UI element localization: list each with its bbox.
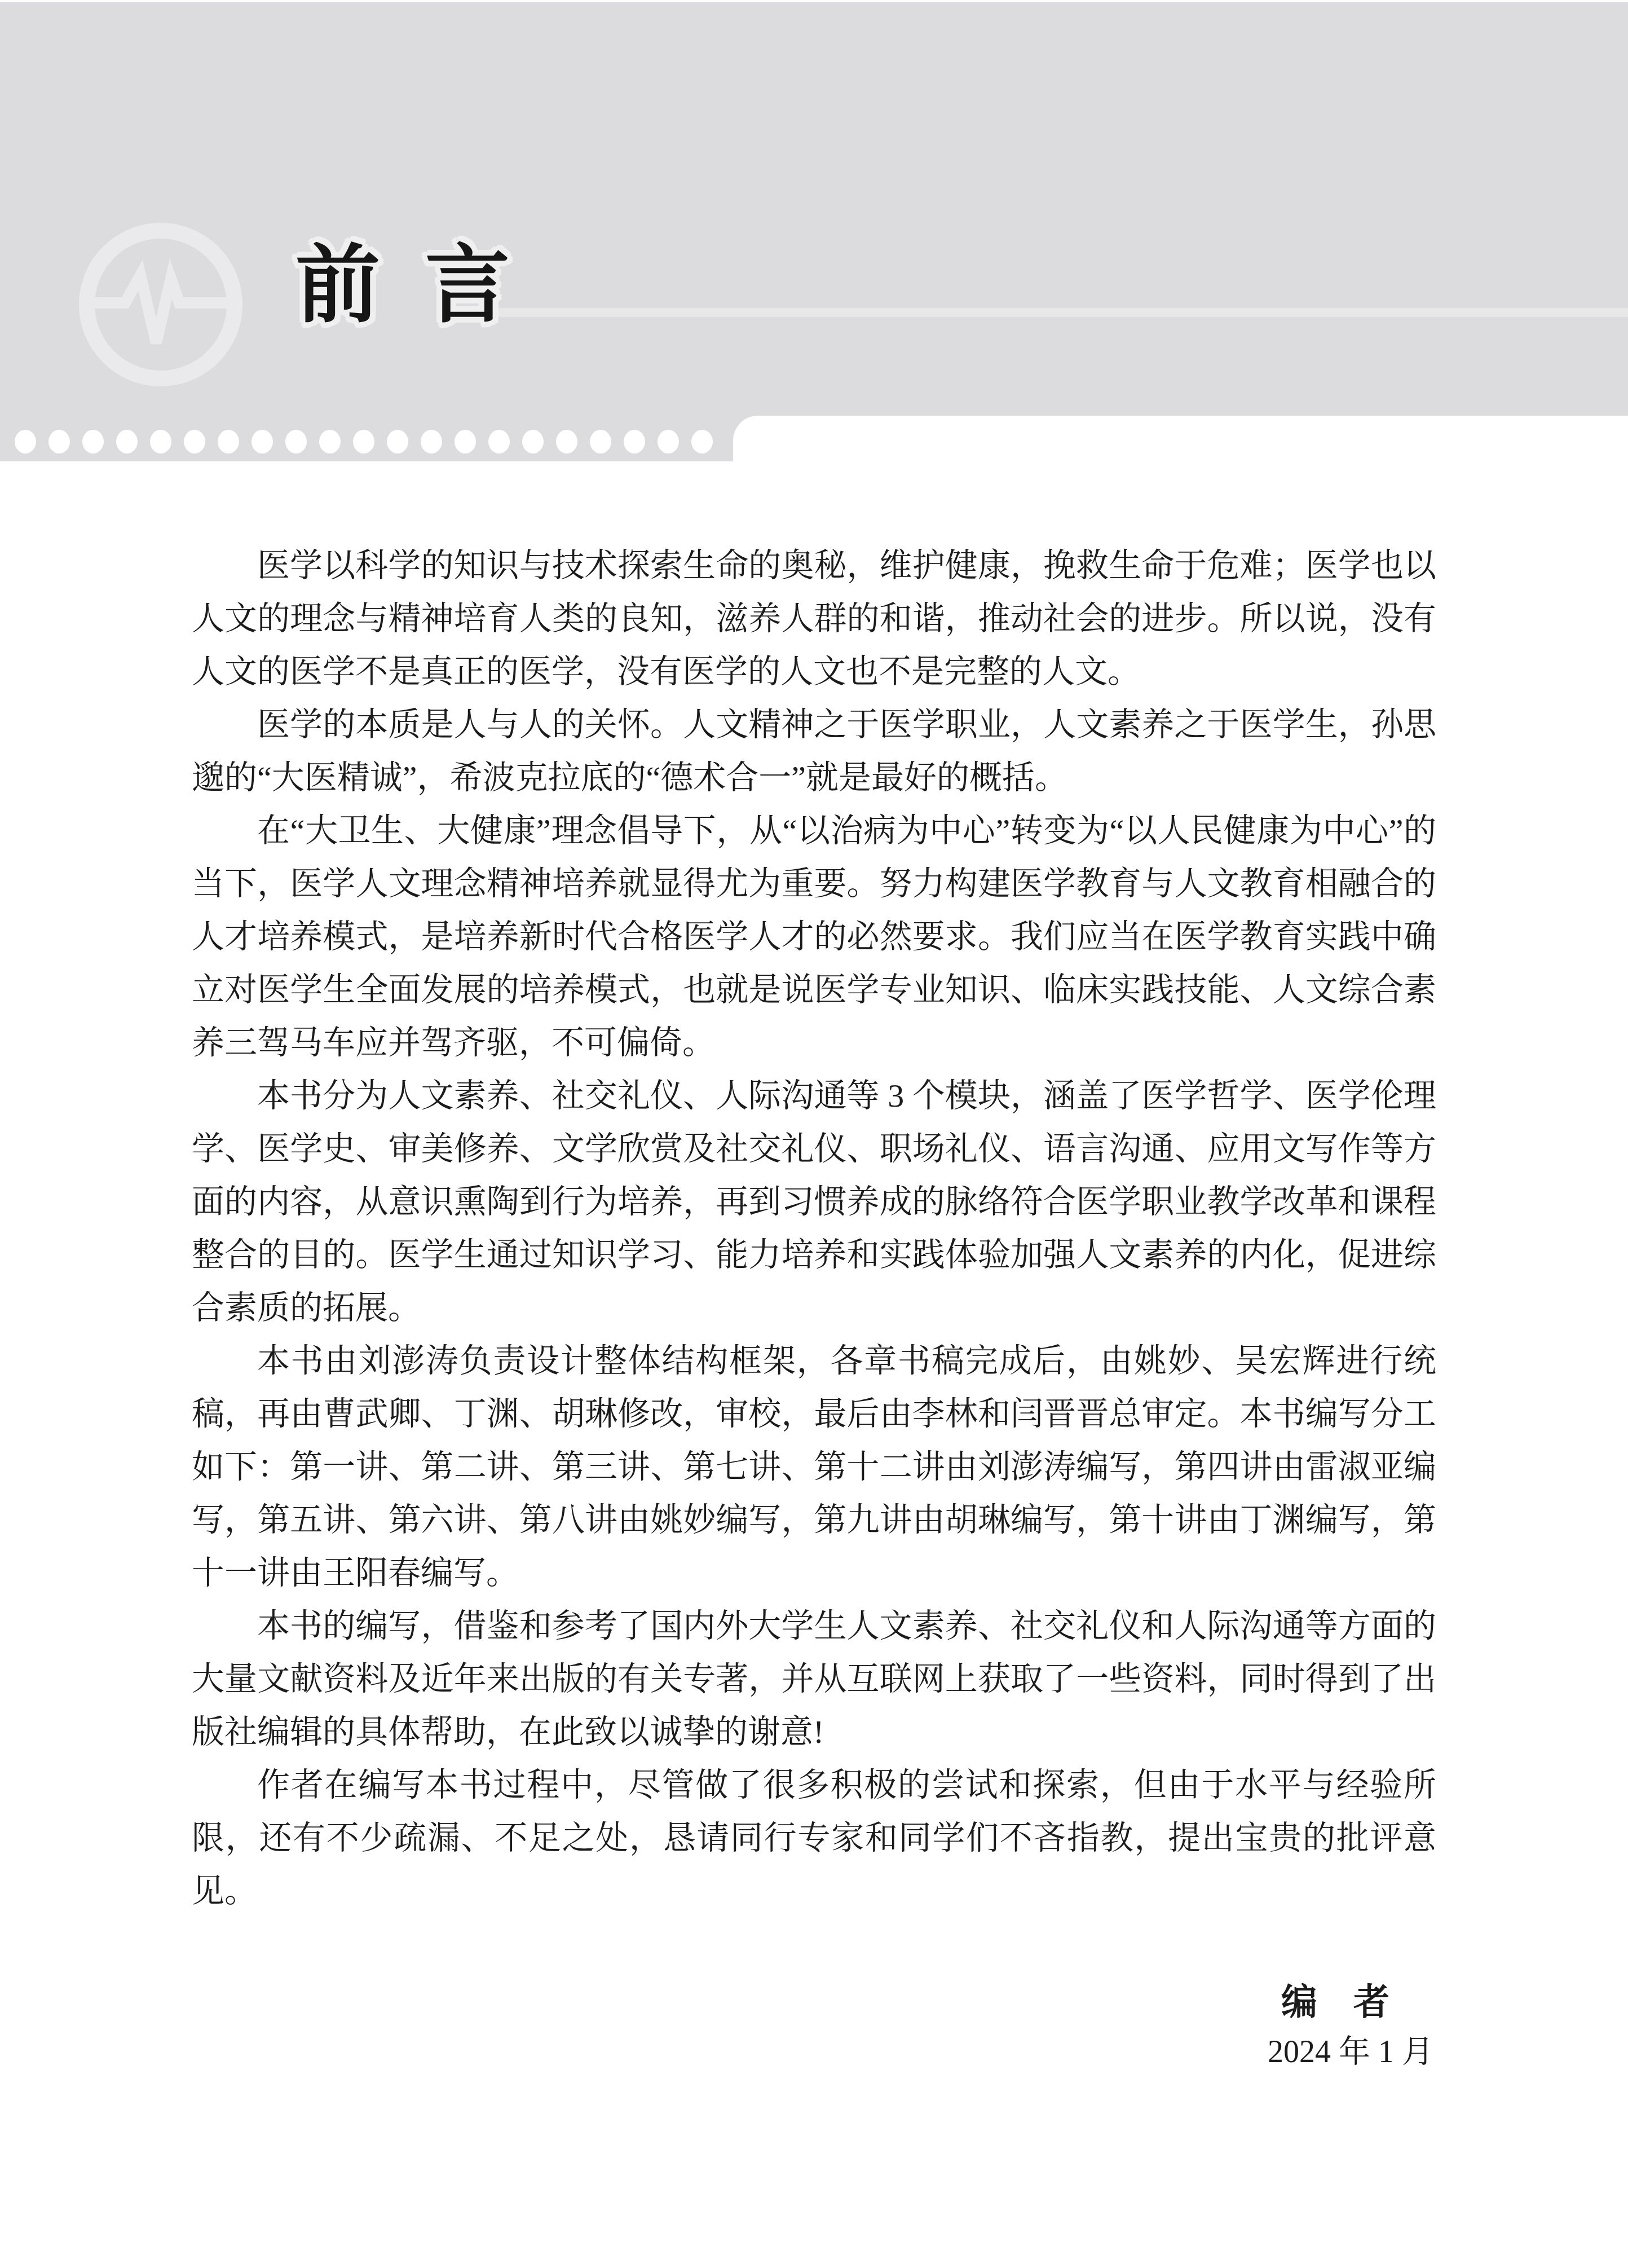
paragraph: 医学以科学的知识与技术探索生命的奥秘，维护健康，挽救生命于危难；医学也以人文的理… [192,539,1436,698]
dot [353,430,374,453]
preface-page: 前 言 医学以科学的知识与技术探索生命的奥秘，维护健康，挽救生命于危难；医学也以… [0,0,1628,2268]
dot [116,430,138,453]
dot [556,430,577,453]
title-underline-band [479,308,1628,317]
dot [624,430,645,453]
dot [319,430,341,453]
dot [387,430,408,453]
preface-body: 医学以科学的知识与技术探索生命的奥秘，维护健康，挽救生命于危难；医学也以人文的理… [192,539,1436,1918]
dot [691,430,713,453]
dot [658,430,679,453]
dot [455,430,476,453]
paragraph: 本书分为人文素养、社交礼仪、人际沟通等 3 个模块，涵盖了医学哲学、医学伦理学、… [192,1069,1436,1335]
paragraph: 医学的本质是人与人的关怀。人文精神之于医学职业，人文素养之于医学生，孙思邈的“大… [192,698,1436,804]
banner-corner-fillet [733,416,783,465]
dot [184,430,205,453]
paragraph: 本书的编写，借鉴和参考了国内外大学生人文素养、社交礼仪和人际沟通等方面的大量文献… [192,1600,1436,1759]
dot [285,430,307,453]
dot [252,430,273,453]
dot [15,430,36,453]
editor-signature: 编 者 [0,1984,1389,2020]
page-title: 前 言 [295,244,510,328]
paragraph: 作者在编写本书过程中，尽管做了很多积极的尝试和探索，但由于水平与经验所限，还有不… [192,1759,1436,1918]
dots-row [15,430,713,453]
dot [590,430,611,453]
dot [522,430,544,453]
title-char-yan: 言 [425,244,510,328]
dot [82,430,104,453]
dot [150,430,171,453]
title-char-qian: 前 [295,244,380,328]
paragraph: 本书由刘澎涛负责设计整体结构框架，各章书稿完成后，由姚妙、吴宏辉进行统稿，再由曹… [192,1335,1436,1600]
paragraph: 在“大卫生、大健康”理念倡导下，从“以治病为中心”转变为“以人民健康为中心”的当… [192,804,1436,1069]
dot [488,430,510,453]
stethoscope-pulse-magnifier-icon [0,0,350,461]
dot [421,430,442,453]
signature-date: 2024 年 1 月 [0,2036,1433,2068]
dot [218,430,239,453]
dot [48,430,70,453]
